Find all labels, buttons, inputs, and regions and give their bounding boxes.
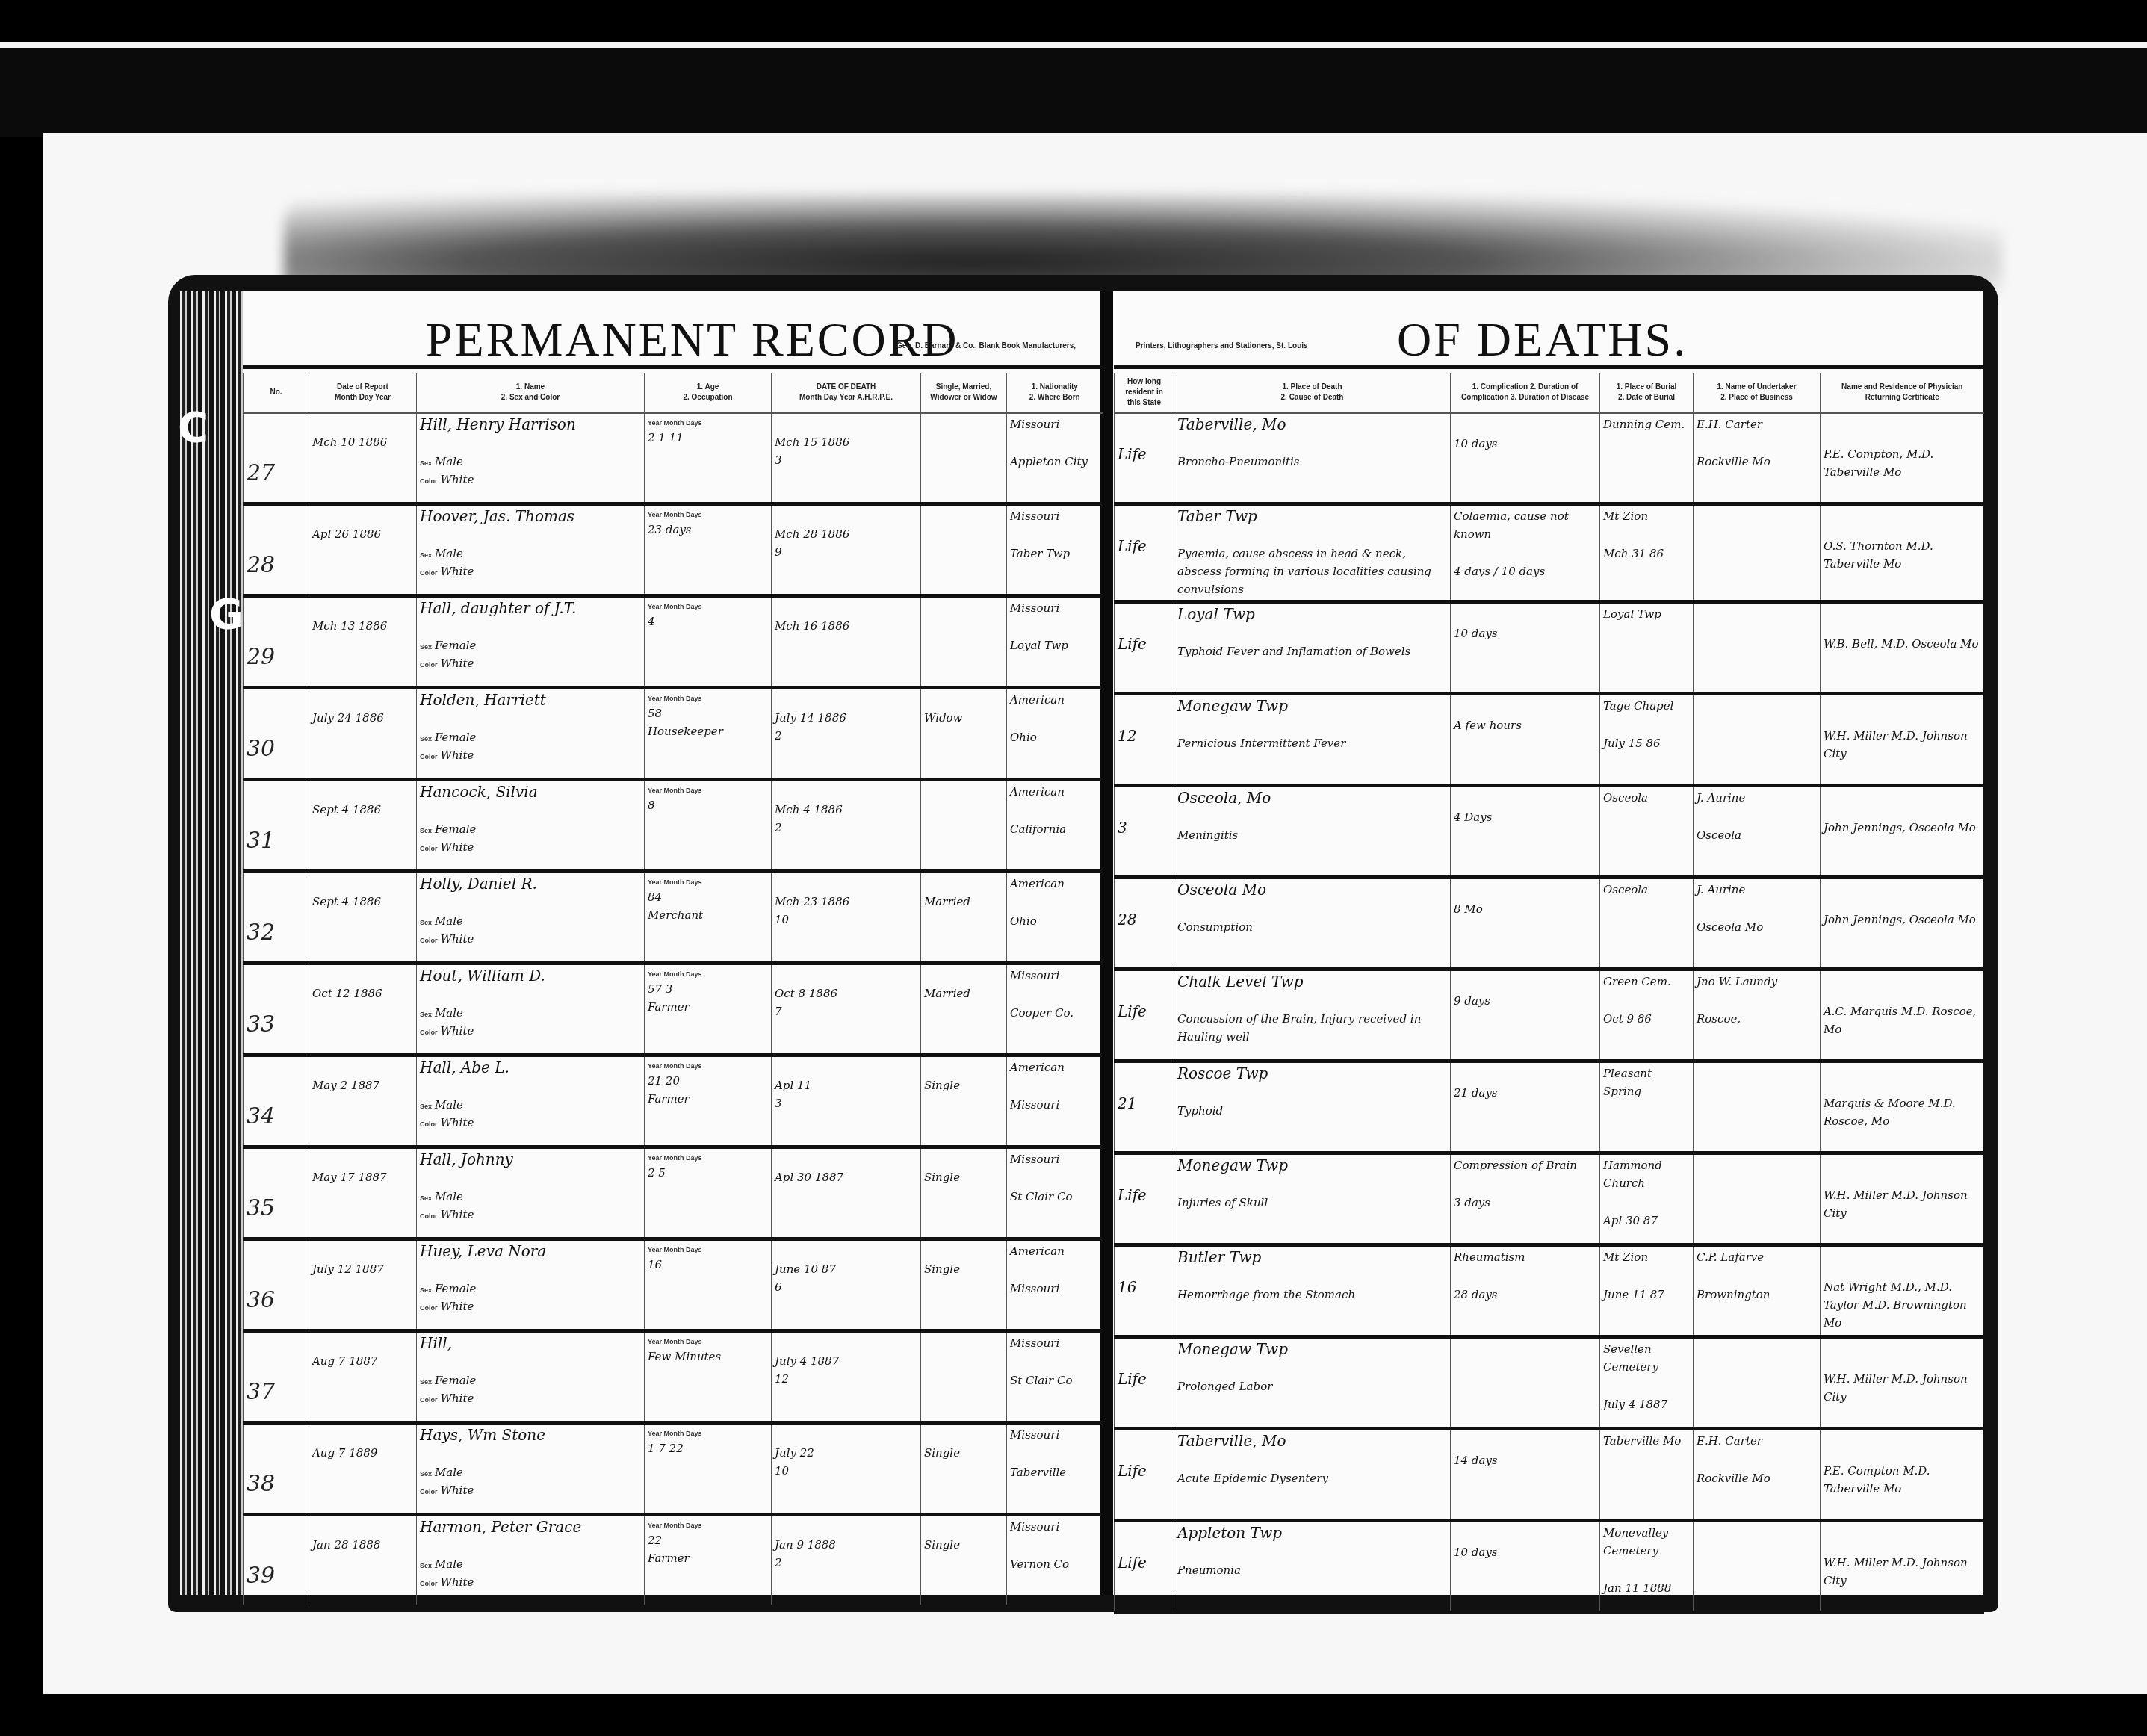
register-row-left: 29Mch 13 1886Hall, daughter of J.T.Sex F… (244, 596, 1103, 688)
report-date: Sept 4 1886 (309, 780, 417, 872)
place-cause-cell: Appleton TwpPneumonia (1174, 1521, 1451, 1613)
complication-cell: Compression of Brain3 days (1451, 1153, 1600, 1245)
name-cell: Hancock, SilviaSex FemaleColor White (417, 780, 645, 872)
place-cause-cell: Chalk Level TwpConcussion of the Brain, … (1174, 970, 1451, 1061)
page-edges (176, 291, 243, 1595)
name-cell: Hill,Sex FemaleColor White (417, 1331, 645, 1423)
entry-number: 28 (244, 504, 309, 596)
burial-cell: Osceola (1600, 878, 1694, 970)
death-date: July 2210 (772, 1423, 921, 1515)
report-date: May 17 1887 (309, 1147, 417, 1239)
marital-status: Widow (921, 688, 1007, 780)
col-marital: Single, Married, Widower or Widow (921, 373, 1007, 413)
age-cell: Year Month Days8 (645, 780, 772, 872)
report-date: Mch 10 1886 (309, 413, 417, 504)
register-row-left: 35May 17 1887Hall, JohnnySex MaleColor W… (244, 1147, 1103, 1239)
death-date: June 10 876 (772, 1239, 921, 1331)
film-border-top (0, 0, 2147, 36)
age-cell: Year Month Days16 (645, 1239, 772, 1331)
age-cell: Year Month Days21 20Farmer (645, 1055, 772, 1147)
complication-cell: Colaemia, cause not known4 days / 10 day… (1451, 504, 1600, 602)
undertaker-cell: E.H. CarterRockville Mo (1694, 1429, 1821, 1521)
name-cell: Hall, JohnnySex MaleColor White (417, 1147, 645, 1239)
name-cell: Hoover, Jas. ThomasSex MaleColor White (417, 504, 645, 596)
header-rule-left (243, 365, 1102, 369)
undertaker-cell: J. AurineOsceola (1694, 786, 1821, 878)
complication-cell (1451, 1337, 1600, 1429)
name-cell: Hays, Wm StoneSex MaleColor White (417, 1423, 645, 1515)
right-page-title: OF DEATHS. (1397, 312, 1688, 368)
residence-duration: Life (1115, 1521, 1174, 1613)
complication-cell: 8 Mo (1451, 878, 1600, 970)
age-cell: Year Month Days2 1 11 (645, 413, 772, 504)
col-physician: Name and Residence of Physician Returnin… (1821, 373, 1984, 413)
index-tab-g: G (209, 590, 244, 639)
register-row-right: LifeMonegaw TwpProlonged LaborSevellen C… (1115, 1337, 1984, 1429)
age-cell: Year Month Days84Merchant (645, 872, 772, 964)
col-resident: How long resident in this State (1115, 373, 1174, 413)
nationality-birthplace: AmericanMissouri (1007, 1239, 1103, 1331)
death-date: Oct 8 18867 (772, 964, 921, 1055)
death-date: Mch 28 18869 (772, 504, 921, 596)
burial-cell: Monevalley CemeteryJan 11 1888 (1600, 1521, 1694, 1613)
residence-duration: Life (1115, 1153, 1174, 1245)
col-no: No. (244, 373, 309, 413)
complication-cell: 4 Days (1451, 786, 1600, 878)
death-date: Mch 23 188610 (772, 872, 921, 964)
physician-cell: Marquis & Moore M.D. Roscoe, Mo (1821, 1061, 1984, 1153)
death-date: Mch 16 1886 (772, 596, 921, 688)
marital-status (921, 504, 1007, 596)
register-row-right: 16Butler TwpHemorrhage from the StomachR… (1115, 1245, 1984, 1337)
entry-number: 37 (244, 1331, 309, 1423)
register-row-right: LifeTaber TwpPyaemia, cause abscess in h… (1115, 504, 1984, 602)
nationality-birthplace: MissouriLoyal Twp (1007, 596, 1103, 688)
col-burial: 1. Place of Burial2. Date of Burial (1600, 373, 1694, 413)
report-date: July 24 1886 (309, 688, 417, 780)
left-register-table: No. Date of ReportMonth Day Year 1. Name… (243, 373, 1103, 1608)
place-cause-cell: Monegaw TwpProlonged Labor (1174, 1337, 1451, 1429)
complication-cell: 14 days (1451, 1429, 1600, 1521)
residence-duration: 12 (1115, 694, 1174, 786)
physician-cell: John Jennings, Osceola Mo (1821, 786, 1984, 878)
burial-cell: Taberville Mo (1600, 1429, 1694, 1521)
place-cause-cell: Taberville, MoBroncho-Pneumonitis (1174, 413, 1451, 504)
physician-cell: A.C. Marquis M.D. Roscoe, Mo (1821, 970, 1984, 1061)
col-complication: 1. Complication 2. Duration of Complicat… (1451, 373, 1600, 413)
marital-status (921, 1331, 1007, 1423)
death-date: Mch 4 18862 (772, 780, 921, 872)
report-date: Oct 12 1886 (309, 964, 417, 1055)
nationality-birthplace: AmericanCalifornia (1007, 780, 1103, 872)
col-undertaker: 1. Name of Undertaker2. Place of Busines… (1694, 373, 1821, 413)
report-date: Mch 13 1886 (309, 596, 417, 688)
report-date: Jan 28 1888 (309, 1515, 417, 1607)
nationality-birthplace: MissouriAppleton City (1007, 413, 1103, 504)
marital-status (921, 780, 1007, 872)
register-row-right: 3Osceola, MoMeningitis4 DaysOsceolaJ. Au… (1115, 786, 1984, 878)
place-cause-cell: Loyal TwpTyphoid Fever and Inflamation o… (1174, 602, 1451, 694)
death-date: July 14 18862 (772, 688, 921, 780)
nationality-birthplace: MissouriSt Clair Co (1007, 1147, 1103, 1239)
physician-cell: W.H. Miller M.D. Johnson City (1821, 1153, 1984, 1245)
burial-cell: Osceola (1600, 786, 1694, 878)
death-date: Apl 30 1887 (772, 1147, 921, 1239)
nationality-birthplace: AmericanOhio (1007, 872, 1103, 964)
death-date: July 4 188712 (772, 1331, 921, 1423)
register-row-right: 12Monegaw TwpPernicious Intermittent Fev… (1115, 694, 1984, 786)
residence-duration: 21 (1115, 1061, 1174, 1153)
film-stripe (0, 42, 2147, 48)
undertaker-cell (1694, 1061, 1821, 1153)
undertaker-cell (1694, 694, 1821, 786)
report-date: Aug 7 1889 (309, 1423, 417, 1515)
register-row-left: 32Sept 4 1886Holly, Daniel R.Sex MaleCol… (244, 872, 1103, 964)
register-row-left: 36July 12 1887Huey, Leva NoraSex FemaleC… (244, 1239, 1103, 1331)
place-cause-cell: Taber TwpPyaemia, cause abscess in head … (1174, 504, 1451, 602)
age-cell: Year Month Days2 5 (645, 1147, 772, 1239)
physician-cell: P.E. Compton M.D. Taberville Mo (1821, 1429, 1984, 1521)
col-date-of-death: DATE OF DEATHMonth Day Year A.H.R.P.E. (772, 373, 921, 413)
register-row-right: LifeTaberville, MoBroncho-Pneumonitis10 … (1115, 413, 1984, 504)
report-date: Sept 4 1886 (309, 872, 417, 964)
name-cell: Holden, HarriettSex FemaleColor White (417, 688, 645, 780)
nationality-birthplace: MissouriTaber Twp (1007, 504, 1103, 596)
residence-duration: Life (1115, 1429, 1174, 1521)
marital-status: Single (921, 1239, 1007, 1331)
age-cell: Year Month DaysFew Minutes (645, 1331, 772, 1423)
marital-status: Married (921, 872, 1007, 964)
register-row-left: 34May 2 1887Hall, Abe L.Sex MaleColor Wh… (244, 1055, 1103, 1147)
marital-status: Single (921, 1055, 1007, 1147)
nationality-birthplace: MissouriSt Clair Co (1007, 1331, 1103, 1423)
burial-cell: Mt ZionMch 31 86 (1600, 504, 1694, 602)
place-cause-cell: Roscoe TwpTyphoid (1174, 1061, 1451, 1153)
name-cell: Harmon, Peter GraceSex MaleColor White (417, 1515, 645, 1607)
col-place-cause: 1. Place of Death2. Cause of Death (1174, 373, 1451, 413)
residence-duration: Life (1115, 413, 1174, 504)
entry-number: 29 (244, 596, 309, 688)
right-register-table: How long resident in this State 1. Place… (1114, 373, 1984, 1614)
burial-cell: Loyal Twp (1600, 602, 1694, 694)
entry-number: 39 (244, 1515, 309, 1607)
entry-number: 27 (244, 413, 309, 504)
register-row-left: 27Mch 10 1886Hill, Henry HarrisonSex Mal… (244, 413, 1103, 504)
name-cell: Huey, Leva NoraSex FemaleColor White (417, 1239, 645, 1331)
book-spine (1100, 291, 1114, 1595)
register-row-left: 37Aug 7 1887Hill,Sex FemaleColor WhiteYe… (244, 1331, 1103, 1423)
entry-number: 34 (244, 1055, 309, 1147)
burial-cell: Pleasant Spring (1600, 1061, 1694, 1153)
physician-cell: O.S. Thornton M.D. Taberville Mo (1821, 504, 1984, 602)
register-row-right: 28Osceola MoConsumption8 MoOsceolaJ. Aur… (1115, 878, 1984, 970)
entry-number: 33 (244, 964, 309, 1055)
age-cell: Year Month Days4 (645, 596, 772, 688)
physician-cell: W.B. Bell, M.D. Osceola Mo (1821, 602, 1984, 694)
left-page-title: PERMANENT RECORD (426, 312, 959, 368)
burial-cell: Hammond ChurchApl 30 87 (1600, 1153, 1694, 1245)
undertaker-cell: E.H. CarterRockville Mo (1694, 413, 1821, 504)
burial-cell: Sevellen CemeteryJuly 4 1887 (1600, 1337, 1694, 1429)
entry-number: 31 (244, 780, 309, 872)
register-row-left: 39Jan 28 1888Harmon, Peter GraceSex Male… (244, 1515, 1103, 1607)
register-row-left: 31Sept 4 1886Hancock, SilviaSex FemaleCo… (244, 780, 1103, 872)
entry-number: 35 (244, 1147, 309, 1239)
col-date-of-report: Date of ReportMonth Day Year (309, 373, 417, 413)
report-date: Aug 7 1887 (309, 1331, 417, 1423)
burial-cell: Green Cem.Oct 9 86 (1600, 970, 1694, 1061)
physician-cell: W.H. Miller M.D. Johnson City (1821, 1521, 1984, 1613)
entry-number: 32 (244, 872, 309, 964)
complication-cell: Rheumatism28 days (1451, 1245, 1600, 1337)
header-rule-right (1114, 365, 1983, 369)
age-cell: Year Month Days23 days (645, 504, 772, 596)
report-date: May 2 1887 (309, 1055, 417, 1147)
left-printer-imprint: Geo. D. Barnard & Co., Blank Book Manufa… (896, 342, 1076, 350)
marital-status (921, 413, 1007, 504)
register-row-left: 33Oct 12 1886Hout, William D.Sex MaleCol… (244, 964, 1103, 1055)
physician-cell: Nat Wright M.D., M.D. Taylor M.D. Browni… (1821, 1245, 1984, 1337)
age-cell: Year Month Days58Housekeeper (645, 688, 772, 780)
complication-cell: 10 days (1451, 413, 1600, 504)
complication-cell: A few hours (1451, 694, 1600, 786)
physician-cell: P.E. Compton, M.D. Taberville Mo (1821, 413, 1984, 504)
complication-cell: 9 days (1451, 970, 1600, 1061)
register-row-right: 21Roscoe TwpTyphoid21 daysPleasant Sprin… (1115, 1061, 1984, 1153)
death-date: Apl 113 (772, 1055, 921, 1147)
name-cell: Hout, William D.Sex MaleColor White (417, 964, 645, 1055)
burial-cell: Tage ChapelJuly 15 86 (1600, 694, 1694, 786)
nationality-birthplace: MissouriCooper Co. (1007, 964, 1103, 1055)
register-row-left: 30July 24 1886Holden, HarriettSex Female… (244, 688, 1103, 780)
place-cause-cell: Butler TwpHemorrhage from the Stomach (1174, 1245, 1451, 1337)
register-row-right: LifeChalk Level TwpConcussion of the Bra… (1115, 970, 1984, 1061)
residence-duration: Life (1115, 1337, 1174, 1429)
col-name: 1. Name2. Sex and Color (417, 373, 645, 413)
physician-cell: John Jennings, Osceola Mo (1821, 878, 1984, 970)
physician-cell: W.H. Miller M.D. Johnson City (1821, 694, 1984, 786)
register-row-right: LifeMonegaw TwpInjuries of SkullCompress… (1115, 1153, 1984, 1245)
report-date: July 12 1887 (309, 1239, 417, 1331)
place-cause-cell: Osceola MoConsumption (1174, 878, 1451, 970)
marital-status: Single (921, 1423, 1007, 1515)
death-date: Jan 9 18882 (772, 1515, 921, 1607)
right-printer-imprint: Printers, Lithographers and Stationers, … (1136, 342, 1308, 350)
col-age: 1. Age2. Occupation (645, 373, 772, 413)
register-row-right: LifeAppleton TwpPneumonia10 daysMonevall… (1115, 1521, 1984, 1613)
col-nationality: 1. Nationality2. Where Born (1007, 373, 1103, 413)
undertaker-cell (1694, 504, 1821, 602)
marital-status (921, 596, 1007, 688)
nationality-birthplace: AmericanOhio (1007, 688, 1103, 780)
entry-number: 38 (244, 1423, 309, 1515)
nationality-birthplace: MissouriVernon Co (1007, 1515, 1103, 1607)
complication-cell: 21 days (1451, 1061, 1600, 1153)
name-cell: Hall, Abe L.Sex MaleColor White (417, 1055, 645, 1147)
register-row-left: 28Apl 26 1886Hoover, Jas. ThomasSex Male… (244, 504, 1103, 596)
undertaker-cell: J. AurineOsceola Mo (1694, 878, 1821, 970)
place-cause-cell: Osceola, MoMeningitis (1174, 786, 1451, 878)
undertaker-cell: C.P. LafarveBrownington (1694, 1245, 1821, 1337)
undertaker-cell: Jno W. LaundyRoscoe, (1694, 970, 1821, 1061)
residence-duration: 28 (1115, 878, 1174, 970)
complication-cell: 10 days (1451, 1521, 1600, 1613)
death-date: Mch 15 18863 (772, 413, 921, 504)
residence-duration: Life (1115, 504, 1174, 602)
burial-cell: Mt ZionJune 11 87 (1600, 1245, 1694, 1337)
nationality-birthplace: AmericanMissouri (1007, 1055, 1103, 1147)
residence-duration: Life (1115, 970, 1174, 1061)
undertaker-cell (1694, 602, 1821, 694)
entry-number: 30 (244, 688, 309, 780)
name-cell: Hill, Henry HarrisonSex MaleColor White (417, 413, 645, 504)
place-cause-cell: Monegaw TwpInjuries of Skull (1174, 1153, 1451, 1245)
place-cause-cell: Taberville, MoAcute Epidemic Dysentery (1174, 1429, 1451, 1521)
undertaker-cell (1694, 1521, 1821, 1613)
nationality-birthplace: MissouriTaberville (1007, 1423, 1103, 1515)
residence-duration: 16 (1115, 1245, 1174, 1337)
undertaker-cell (1694, 1337, 1821, 1429)
report-date: Apl 26 1886 (309, 504, 417, 596)
register-row-right: LifeTaberville, MoAcute Epidemic Dysente… (1115, 1429, 1984, 1521)
burial-cell: Dunning Cem. (1600, 413, 1694, 504)
register-row-right: LifeLoyal TwpTyphoid Fever and Inflamati… (1115, 602, 1984, 694)
complication-cell: 10 days (1451, 602, 1600, 694)
name-cell: Hall, daughter of J.T.Sex FemaleColor Wh… (417, 596, 645, 688)
name-cell: Holly, Daniel R.Sex MaleColor White (417, 872, 645, 964)
marital-status: Single (921, 1515, 1007, 1607)
marital-status: Single (921, 1147, 1007, 1239)
register-row-left: 38Aug 7 1889Hays, Wm StoneSex MaleColor … (244, 1423, 1103, 1515)
index-tab-c: C (178, 403, 208, 452)
marital-status: Married (921, 964, 1007, 1055)
film-border-dark (0, 48, 2147, 137)
place-cause-cell: Monegaw TwpPernicious Intermittent Fever (1174, 694, 1451, 786)
residence-duration: 3 (1115, 786, 1174, 878)
age-cell: Year Month Days57 3Farmer (645, 964, 772, 1055)
physician-cell: W.H. Miller M.D. Johnson City (1821, 1337, 1984, 1429)
residence-duration: Life (1115, 602, 1174, 694)
undertaker-cell (1694, 1153, 1821, 1245)
age-cell: Year Month Days1 7 22 (645, 1423, 772, 1515)
entry-number: 36 (244, 1239, 309, 1331)
age-cell: Year Month Days22Farmer (645, 1515, 772, 1607)
